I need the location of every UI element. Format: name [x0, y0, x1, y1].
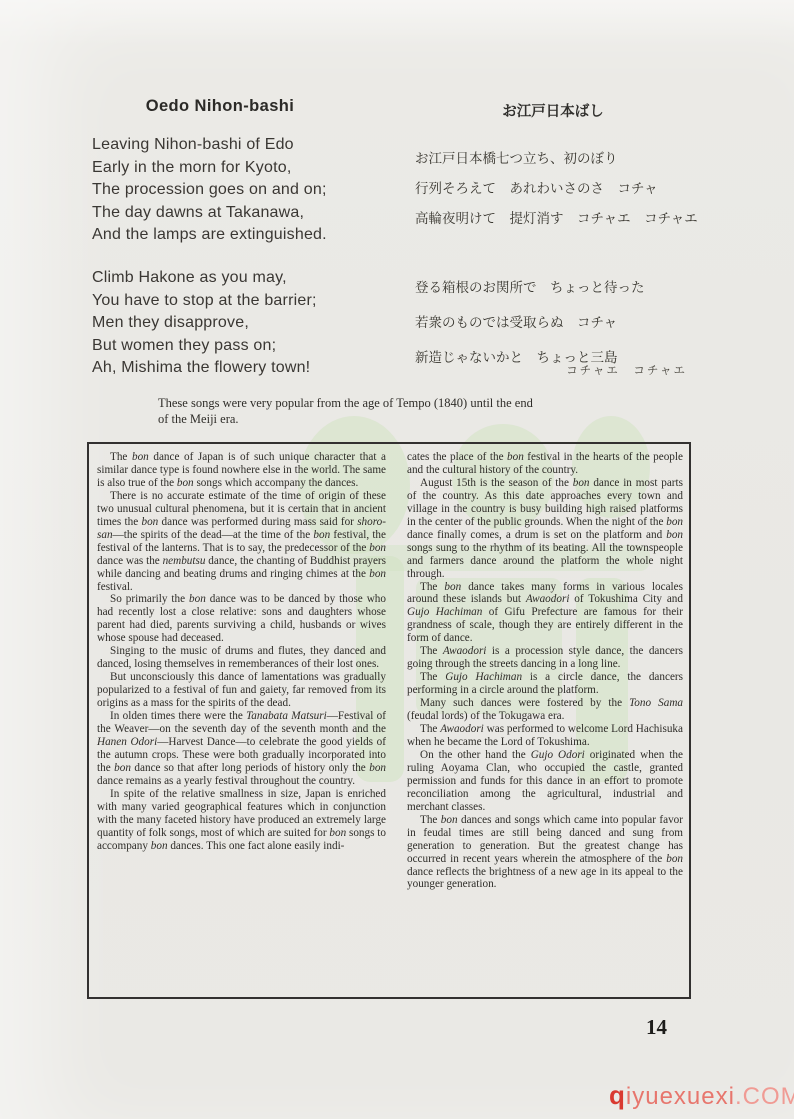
article-column-right: cates the place of the bon festival in t…: [407, 451, 683, 991]
site-watermark-text: qiyuexuexi.COM: [609, 1080, 794, 1111]
article-paragraph: In spite of the relative smallness in si…: [97, 788, 386, 853]
watermark-q: q: [609, 1080, 626, 1110]
verse-line: You have to stop at the barrier;: [92, 290, 317, 313]
verse-line: 高輪夜明けて 提灯消す コチャエ コチャエ: [415, 204, 698, 234]
verse-line: But women they pass on;: [92, 335, 317, 358]
bon-dance-article-box: The bon dance of Japan is of such unique…: [87, 442, 691, 999]
article-paragraph: Singing to the music of drums and flutes…: [97, 645, 386, 671]
verse2-japanese-refrain: コチャエ コチャエ: [415, 362, 687, 378]
verse-line: Climb Hakone as you may,: [92, 267, 317, 290]
verse-line: 行列そろえて あれわいさのさ コチャ: [415, 174, 698, 204]
verse-line: And the lamps are extinguished.: [92, 224, 327, 247]
article-paragraph: There is no accurate estimate of the tim…: [97, 490, 386, 594]
song-title-japanese: お江戸日本ばし: [420, 100, 686, 121]
verse1-japanese: お江戸日本橋七つ立ち、初のぼり行列そろえて あれわいさのさ コチャ高輪夜明けて …: [415, 144, 698, 234]
watermark-rest: iyuexuexi: [626, 1083, 735, 1110]
page-number: 14: [646, 1015, 667, 1040]
verse-line: Leaving Nihon-bashi of Edo: [92, 134, 327, 157]
song-title-english: Oedo Nihon-bashi: [92, 97, 348, 116]
article-paragraph: But unconsciously this dance of lamentat…: [97, 671, 386, 710]
article-paragraph: The bon dances and songs which came into…: [407, 814, 683, 892]
article-paragraph: The Awaodori was performed to welcome Lo…: [407, 723, 683, 749]
article-column-left: The bon dance of Japan is of such unique…: [97, 451, 386, 991]
article-paragraph: The bon dance of Japan is of such unique…: [97, 451, 386, 490]
scanned-page: Oedo Nihon-bashi お江戸日本ばし Leaving Nihon-b…: [0, 0, 794, 1119]
verse2-english: Climb Hakone as you may,You have to stop…: [92, 267, 317, 380]
article-paragraph: Many such dances were fostered by the To…: [407, 697, 683, 723]
article-paragraph: August 15th is the season of the bon dan…: [407, 477, 683, 581]
article-paragraph: On the other hand the Gujo Odori origina…: [407, 749, 683, 814]
verse-line: The day dawns at Takanawa,: [92, 202, 327, 225]
article-paragraph: The Gujo Hachiman is a circle dance, the…: [407, 671, 683, 697]
article-paragraph: The Awaodori is a procession style dance…: [407, 645, 683, 671]
verse-line: Men they disapprove,: [92, 312, 317, 335]
verse-line: お江戸日本橋七つ立ち、初のぼり: [415, 144, 698, 174]
verse-line: 登る箱根のお関所で ちょっと待った: [415, 271, 645, 306]
verse-line: The procession goes on and on;: [92, 179, 327, 202]
verse-line: 若衆のものでは受取らぬ コチャ: [415, 306, 645, 341]
watermark-com: .COM: [735, 1083, 794, 1110]
verse-line: Ah, Mishima the flowery town!: [92, 357, 317, 380]
poem-caption: These songs were very popular from the a…: [158, 396, 706, 427]
verse1-english: Leaving Nihon-bashi of EdoEarly in the m…: [92, 134, 327, 247]
article-paragraph: The bon dance takes many forms in variou…: [407, 581, 683, 646]
article-paragraph: In olden times there were the Tanabata M…: [97, 710, 386, 788]
article-paragraph: So primarily the bon dance was to be dan…: [97, 593, 386, 645]
verse2-japanese: 登る箱根のお関所で ちょっと待った若衆のものでは受取らぬ コチャ新造じゃないかと…: [415, 271, 645, 376]
article-paragraph: cates the place of the bon festival in t…: [407, 451, 683, 477]
verse-line: Early in the morn for Kyoto,: [92, 157, 327, 180]
